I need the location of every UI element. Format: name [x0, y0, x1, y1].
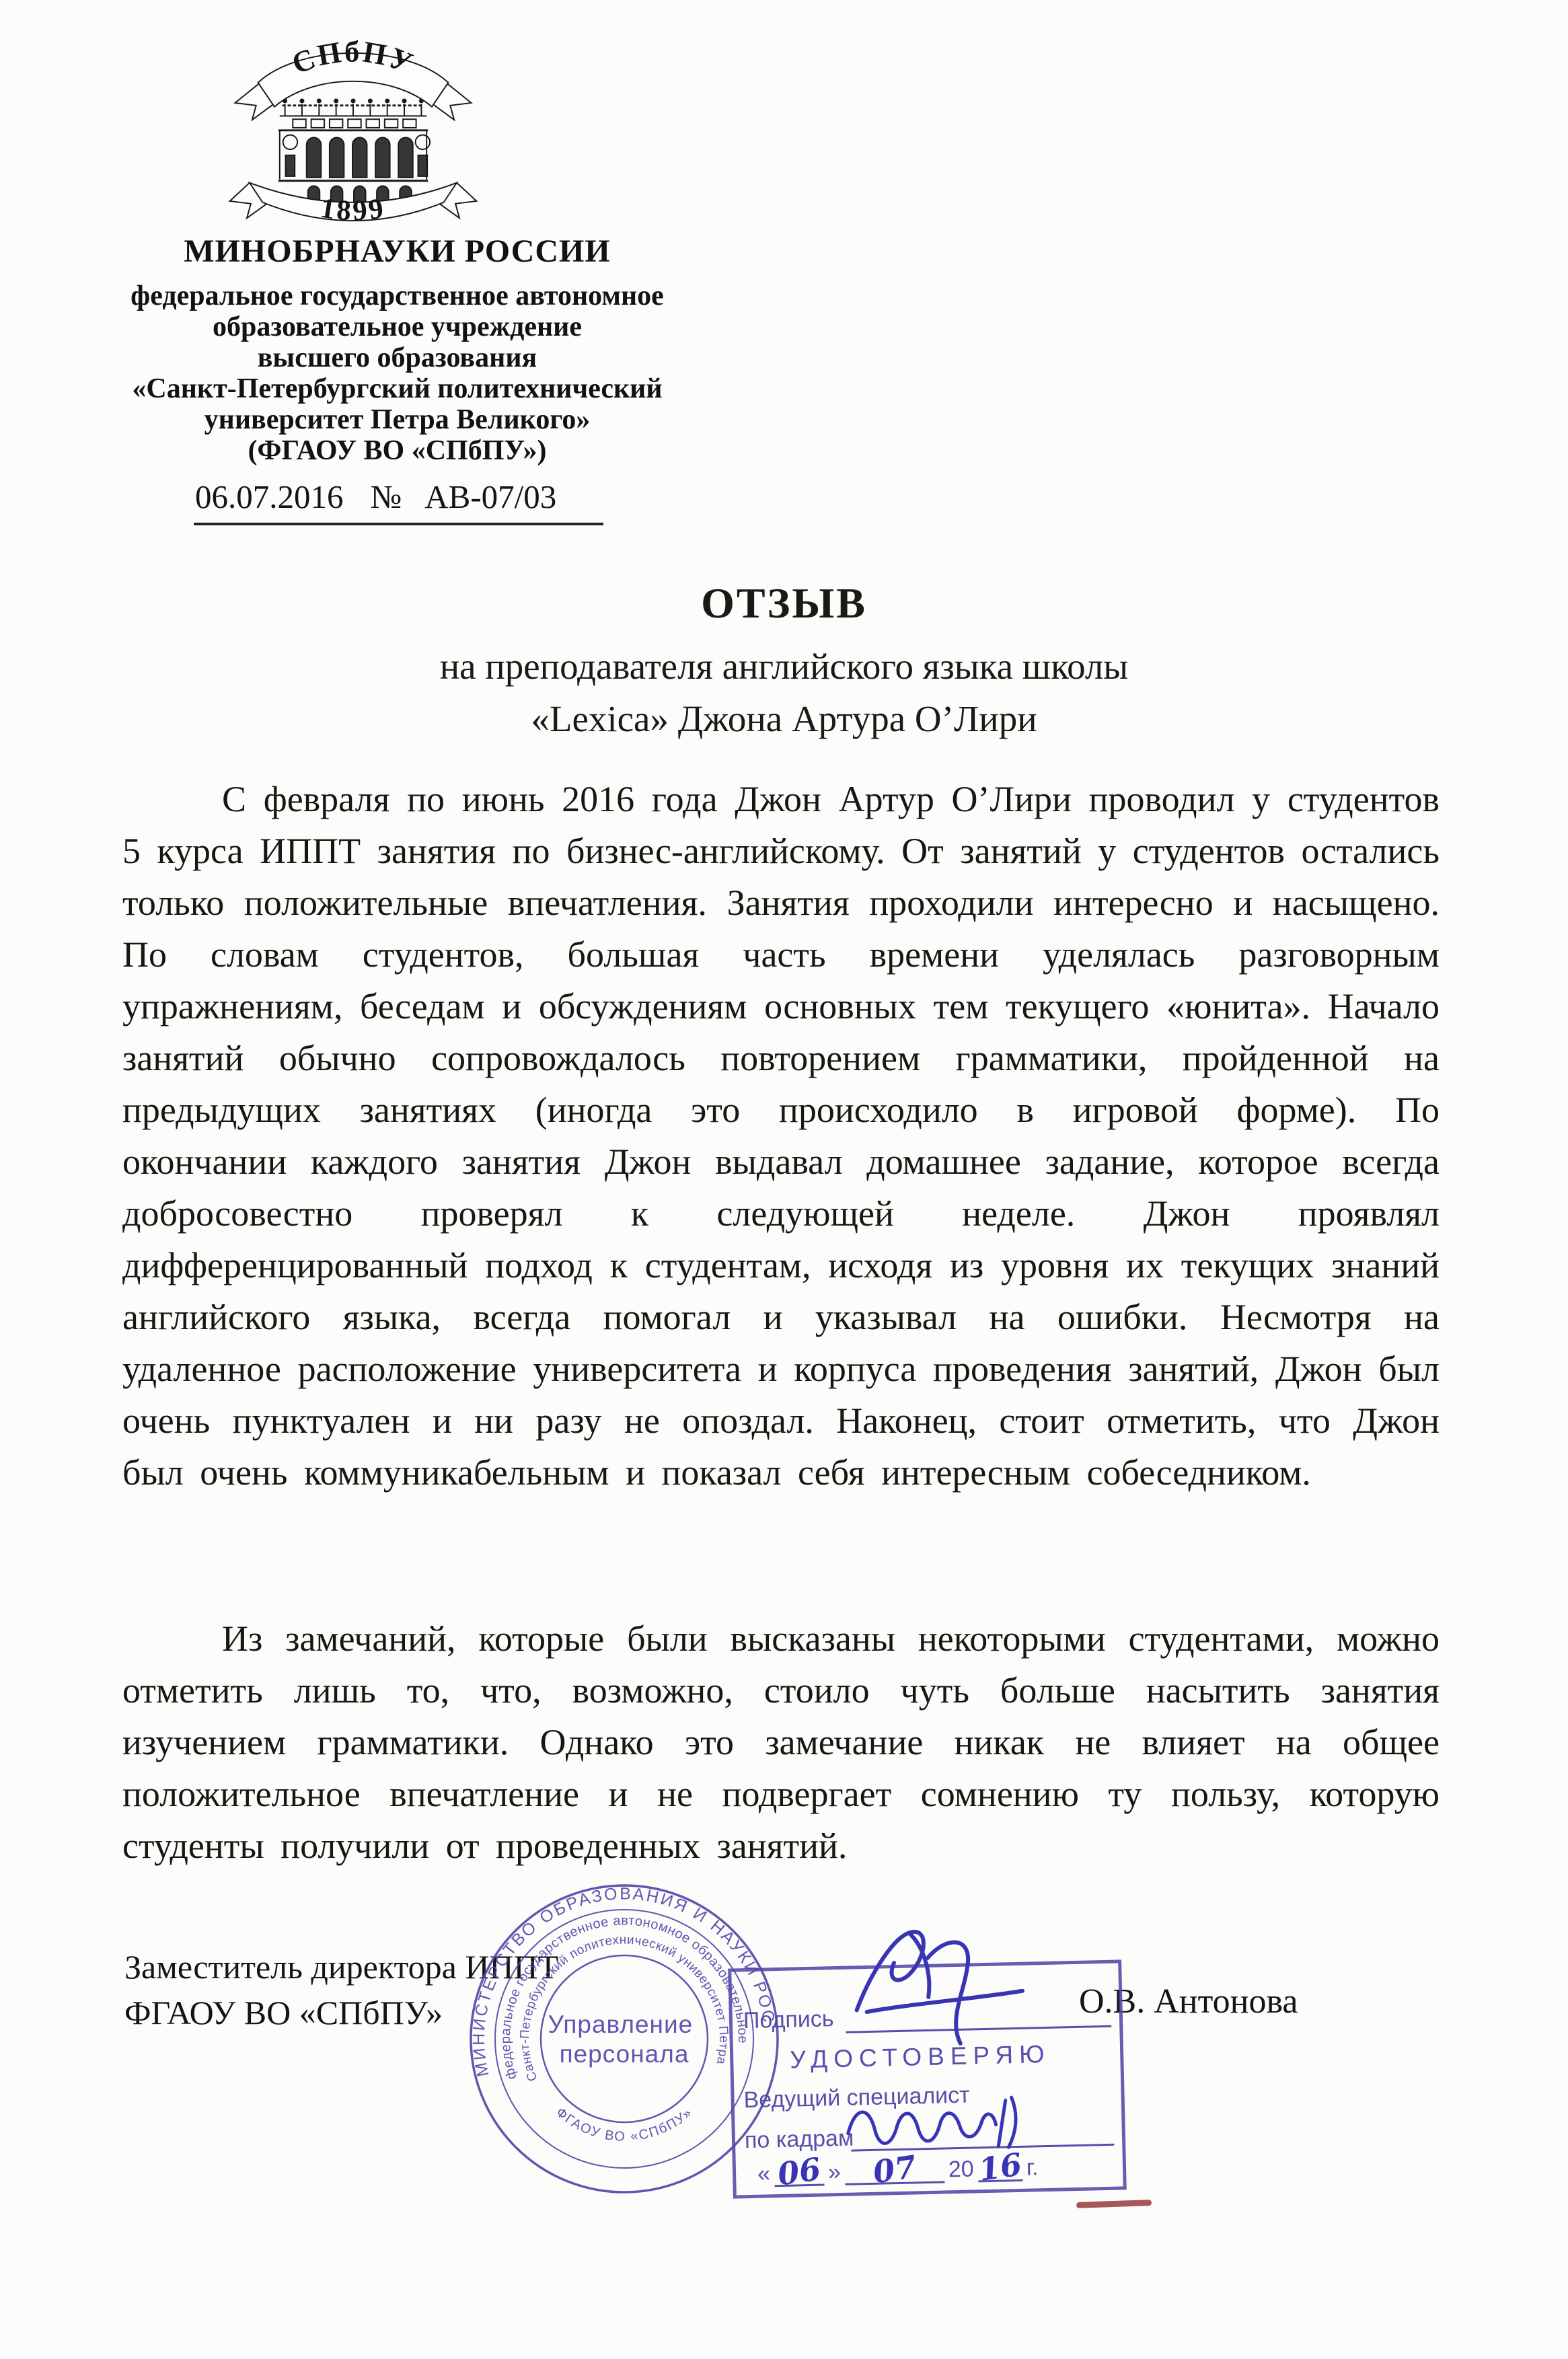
number-sign: № [371, 478, 402, 515]
document-date: 06.07.2016 [195, 478, 344, 515]
subtitle-line-2: «Lexica» Джона Артура О’Лири [0, 693, 1568, 745]
stamp-century: 20 [948, 2156, 974, 2183]
emblem-graphic: СПбПУ 1899 [222, 27, 484, 223]
handwritten-month: 07 [871, 2151, 918, 2188]
org-line-3: высшего образования [79, 342, 715, 373]
stamp-year-line: 16 [977, 2152, 1022, 2182]
org-line-5: университет Петра Великого» [79, 404, 715, 435]
document-date-number: 06.07.2016№АВ-07/03 [194, 478, 603, 525]
stamp-year-suffix: г. [1026, 2155, 1039, 2181]
stamp-quote-close: » [828, 2159, 842, 2185]
stamp-month-line: 07 [844, 2154, 944, 2185]
scanned-document-page: { "letterhead": { "logo": { "ribbon_text… [0, 0, 1568, 2359]
document-number: АВ-07/03 [424, 478, 556, 515]
stamp-date-row: « 06 » 07 20 16 г. [753, 2152, 1043, 2187]
building-facade-icon [278, 99, 430, 207]
stamp-certify-label: УДОСТОВЕРЯЮ [790, 2040, 1051, 2074]
svg-text:1899: 1899 [318, 192, 388, 223]
body-paragraph-2: Из замечаний, которые были высказаны нек… [122, 1613, 1440, 1872]
ministry-line: МИНОБРНАУКИ РОССИИ [79, 233, 715, 270]
handwritten-year: 16 [977, 2148, 1024, 2185]
org-line-1: федеральное государственное автономное [79, 280, 715, 311]
director-signature-scribble [845, 1915, 1049, 2051]
org-line-2: образовательное учреждение [79, 311, 715, 342]
document-title: ОТЗЫВ [0, 578, 1568, 628]
stamp-quote-open: « [757, 2161, 771, 2187]
org-line-4: «Санкт-Петербургский политехнический [79, 373, 715, 404]
red-ink-mark [1076, 2200, 1152, 2208]
specialist-signature-scribble [842, 2087, 1058, 2159]
letterhead-block: МИНОБРНАУКИ РОССИИ федеральное государст… [79, 233, 715, 466]
university-emblem-logo: СПбПУ 1899 [222, 27, 484, 223]
seal-ring-bottom-text: ФГАОУ ВО «СПбПУ» [553, 2105, 696, 2144]
body-paragraph-1: С февраля по июнь 2016 года Джон Артур О… [122, 774, 1440, 1499]
stamp-specialist-line-2: по кадрам [745, 2126, 854, 2155]
seal-center-line-2: персонала [560, 2040, 689, 2068]
stamp-day-line: 06 [774, 2157, 825, 2187]
org-line-6: (ФГАОУ ВО «СПбПУ») [79, 435, 715, 466]
document-subtitle: на преподавателя английского языка школы… [0, 640, 1568, 745]
svg-text:ФГАОУ ВО «СПбПУ»: ФГАОУ ВО «СПбПУ» [553, 2105, 696, 2144]
certification-stamp: Подпись УДОСТОВЕРЯЮ Ведущий специалист п… [728, 1959, 1127, 2198]
handwritten-day: 06 [776, 2153, 823, 2190]
subtitle-line-1: на преподавателя английского языка школы [0, 640, 1568, 693]
stamp-signature-label: Подпись [743, 2006, 834, 2034]
svg-text:Управление персонала: Управление персонала [548, 2011, 701, 2068]
seal-center-line-1: Управление [548, 2011, 694, 2038]
emblem-year-text: 1899 [318, 192, 388, 223]
